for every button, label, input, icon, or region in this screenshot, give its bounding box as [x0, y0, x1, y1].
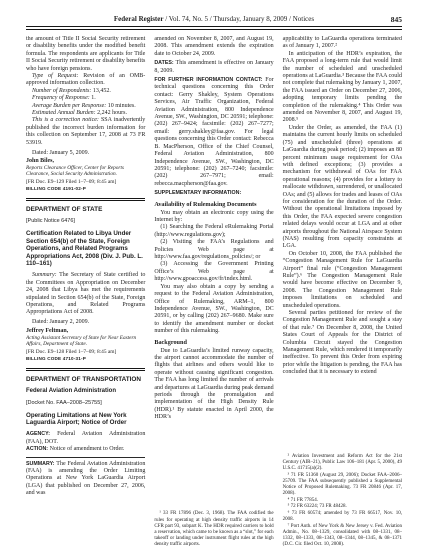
faa-dates-line: DATES: This amendment is effective on Ja… [154, 60, 273, 75]
state-dated-line: Dated: January 2, 2009. [26, 319, 145, 326]
state-public-notice-number: [Public Notice 6476] [26, 218, 145, 225]
state-summary-label: Summary: [32, 272, 57, 278]
state-signer-name: Jeffrey Feltman, [26, 328, 145, 335]
ssa-signer-name: John Biles, [26, 158, 145, 165]
estimated-burden-label: Estimated Annual Burden: [32, 110, 96, 116]
further-info-text: For technical questions concerning this … [154, 77, 273, 187]
availability-item-1: (1) Searching the Federal eRulemaking Po… [154, 224, 273, 239]
action-label: ACTION: [26, 446, 48, 452]
running-head-text: Federal Register / Vol. 74, No. 5 / Thur… [114, 15, 314, 23]
ssa-fr-doc-line: [FR Doc. E9–129 Filed 1–7–09; 8:45 am] [26, 179, 145, 186]
document-separator-rule [26, 368, 145, 372]
journal-title: Federal Register [114, 15, 164, 23]
footnote-5: ⁵ 72 FR 63224; 73 FR 48428. [283, 504, 402, 510]
ssa-type-of-request: Type of Request: Revision of an OMB-appr… [26, 73, 145, 88]
ssa-average-burden: Average Burden per Response: 10 minutes. [26, 103, 145, 110]
federal-register-page: Federal Register / Vol. 74, No. 5 / Thur… [0, 0, 428, 554]
background-paragraph-1: Due to LaGuardia’s limited runway capaci… [154, 348, 273, 422]
header-double-rule [26, 26, 402, 30]
availability-item-3: (3) Accessing the Government Printing Of… [154, 261, 273, 283]
column-2-footnotes: ¹ 33 FR 17896 (Dec. 3, 1968). The FAA co… [154, 508, 273, 548]
ssa-dated-line: Dated: January 5, 2009. [26, 150, 145, 157]
faa-agency-line: AGENCY: Federal Aviation Administration … [26, 431, 145, 446]
running-head: Federal Register / Vol. 74, No. 5 / Thur… [26, 15, 402, 24]
state-department-heading: DEPARTMENT OF STATE [26, 206, 145, 214]
page-number: 845 [391, 15, 402, 24]
footnote-3: ³ 71 FR 51360 (August 29, 2006); Docket … [283, 473, 402, 497]
order-provisions-paragraph: Under the Order, as amended, the FAA (1)… [283, 125, 402, 251]
litigation-stay-paragraph: Several parties petitioned for review of… [283, 310, 402, 377]
ssa-correction-notice: This is a correction notice: SSA inadver… [26, 117, 145, 147]
column-3: applicability to LaGuardia operations te… [283, 36, 402, 548]
dates-label: DATES: [154, 60, 173, 66]
ssa-estimated-burden: Estimated Annual Burden: 2,242 hours. [26, 110, 145, 117]
respondents-label: Number of Respondents: [32, 88, 91, 94]
supplementary-information-line: SUPPLEMENTARY INFORMATION: [154, 190, 273, 197]
column-2: amended on November 8, 2007, and August … [154, 36, 273, 548]
state-billing-code: BILLING CODE 4710-31-P [26, 356, 145, 362]
journal-issue-info: / Vol. 74, No. 5 / Thursday, January 8, … [163, 15, 314, 23]
column-3-footnotes: ² Aviation Investment and Reform Act for… [283, 451, 402, 548]
correction-notice-label: This is a correction notice: [32, 117, 99, 123]
ssa-billing-code: BILLING CODE 4191-02-P [26, 186, 145, 192]
state-summary-text: The Secretary of State certified to the … [26, 272, 145, 315]
type-of-request-label: Type of Request: [32, 73, 78, 79]
background-heading: Background [154, 339, 273, 347]
state-summary-paragraph: Summary: The Secretary of State certifie… [26, 272, 145, 316]
ssa-frequency-of-response: Frequency of Response: 1. [26, 95, 145, 102]
respondents-value: 13,452. [91, 88, 111, 94]
faa-summary-paragraph: SUMMARY: The Federal Aviation Administra… [26, 461, 145, 498]
availability-mail-request: You may also obtain a copy by sending a … [154, 284, 273, 336]
faa-action-line: ACTION: Notice of amendment to Order. [26, 446, 145, 453]
availability-heading: Availability of Rulemaking Documents [154, 201, 273, 209]
supplementary-information-label: SUPPLEMENTARY INFORMATION: [154, 190, 241, 196]
state-notice-title: Certification Related to Libya Under Sec… [26, 230, 145, 268]
faa-summary-continuation: amended on November 8, 2007, and August … [154, 36, 273, 58]
action-value: Notice of amendment to Order. [48, 446, 124, 452]
faa-subagency-heading: Federal Aviation Administration [26, 388, 145, 396]
frequency-label: Frequency of Response: [32, 95, 90, 101]
agency-label: AGENCY: [26, 431, 50, 437]
availability-intro: You may obtain an electronic copy using … [154, 210, 273, 225]
state-fr-doc-line: [FR Doc. E9–128 Filed 1–7–09; 8:45 am] [26, 349, 145, 356]
hdr-applicability-paragraph: applicability to LaGuardia operations te… [283, 36, 402, 51]
footnote-1: ¹ 33 FR 17896 (Dec. 3, 1968). The FAA co… [154, 511, 273, 548]
congestion-rule-paragraph: On October 10, 2008, the FAA published t… [283, 251, 402, 310]
footnote-6: ⁶ 73 FR 60574; amended by 73 FR 66517, N… [283, 511, 402, 523]
average-burden-label: Average Burden per Response: [32, 103, 106, 109]
average-burden-value: 10 minutes. [106, 103, 136, 109]
footnote-2: ² Aviation Investment and Reform Act for… [283, 454, 402, 472]
ssa-signer-title: Reports Clearance Officer, Center for Re… [26, 165, 145, 178]
faa-docket-number: [Docket No. FAA–2008–25755] [26, 400, 145, 407]
footnote-4: ⁴ 71 FR 77854. [283, 498, 402, 504]
footnote-7: ⁷ Port Auth. of New York & New Jersey v.… [283, 524, 402, 548]
three-column-body: the amount of Title II Social Security r… [26, 36, 402, 548]
action-summary-separator-rule [26, 457, 145, 458]
dot-department-heading: DEPARTMENT OF TRANSPORTATION [26, 376, 145, 384]
faa-contact-paragraph: FOR FURTHER INFORMATION CONTACT: For tec… [154, 77, 273, 188]
availability-item-2: (2) Visiting the FAA’s Regulations and P… [154, 239, 273, 261]
state-signer-title: Acting Assistant Secretary of State for … [26, 335, 145, 348]
document-separator-rule [26, 198, 145, 202]
ssa-continuation-paragraph: the amount of Title II Social Security r… [26, 36, 145, 73]
column-1: the amount of Title II Social Security r… [26, 36, 145, 548]
estimated-burden-value: 2,242 hours. [96, 110, 127, 116]
further-info-label: FOR FURTHER INFORMATION CONTACT: [154, 77, 262, 83]
faa-notice-title: Operating Limitations at New York Laguar… [26, 412, 145, 427]
summary-label: SUMMARY: [26, 461, 55, 467]
frequency-value: 1. [90, 95, 96, 101]
hdr-expiration-paragraph: In anticipation of the HDR’s expiration,… [283, 51, 402, 125]
